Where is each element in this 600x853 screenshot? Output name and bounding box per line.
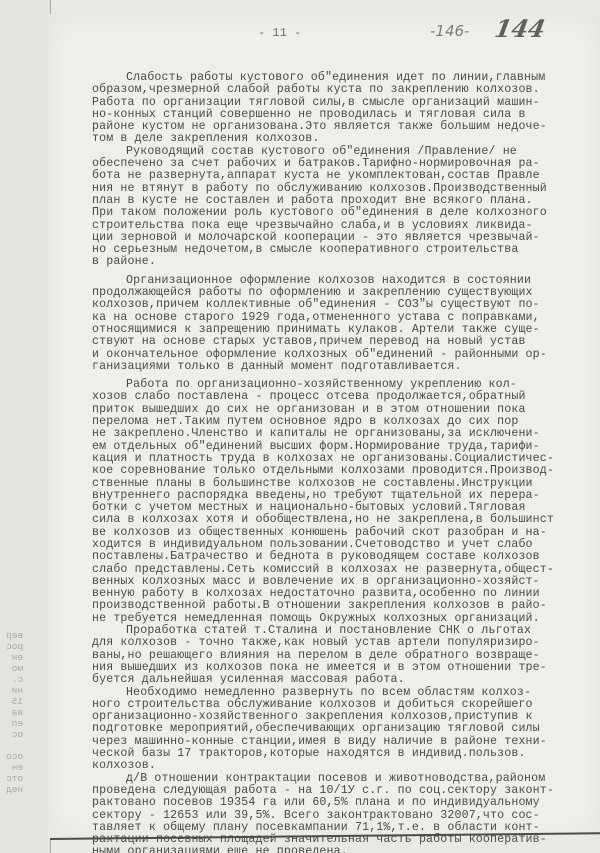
text-line: При таком положении роль кустового об"ед… — [92, 207, 582, 219]
text-line: ствуют на основе старых уставов,причем п… — [92, 336, 582, 348]
text-line: бота не развернута,аппарат куста не уком… — [92, 170, 582, 182]
paragraph: Необходимо немедленно развернуть по всем… — [92, 687, 582, 773]
text-line: ческой базы 17 тракторов,которые находят… — [92, 748, 582, 760]
text-line: подготовке мероприятий,обеспечивающих ор… — [92, 723, 582, 735]
archive-stamp-number: 144 — [492, 14, 547, 43]
text-line: том в деле закрепления колхозов. — [92, 133, 582, 145]
page-number: - 11 - — [258, 26, 301, 40]
text-line: не закреплено.Членство и капиталы не орг… — [92, 428, 582, 440]
paragraph: Руководящий состав кустового об"единения… — [92, 146, 582, 269]
text-line: поставлены.Батрачество и беднота в руков… — [92, 551, 582, 563]
text-line: но серьезным недочетом,в смысле кооперат… — [92, 244, 582, 256]
text-line: ственные планы в большинстве колхозов не… — [92, 478, 582, 490]
text-line: и окончательное оформление колхозных об"… — [92, 349, 582, 361]
text-line: ными организациями еще не проведена. — [92, 846, 582, 853]
text-line: колхозов. — [92, 760, 582, 772]
paragraph: Работа по организационно-хозяйственному … — [92, 379, 582, 625]
text-line: сила в колхозах хотя и обобществлена,но … — [92, 514, 582, 526]
paragraph: Организационное оформление колхозов нахо… — [92, 275, 582, 373]
archive-page-number: -146- — [430, 22, 469, 40]
text-line: хозов слабо поставлена - процесс отсева … — [92, 391, 582, 403]
document-body: Слабость работы кустового об"единения ид… — [92, 44, 582, 853]
text-line: кое соревнование только отдельными колхо… — [92, 465, 582, 477]
text-line: колхозов,причем коллективные об"единения… — [92, 299, 582, 311]
text-line: производственной работы.В отношении закр… — [92, 600, 582, 612]
text-line: буется дальнейшая усиленная массовая раб… — [92, 674, 582, 686]
paragraph: Проработка статей т.Сталина и постановле… — [92, 625, 582, 686]
text-line: Необходимо немедленно развернуть по всем… — [92, 687, 582, 699]
text-line: ганизациями только в данный момент подго… — [92, 361, 582, 373]
paragraph: д/В отношении контрактации посевов и жив… — [92, 773, 582, 853]
text-line: рактовано посевов 19354 га или 60,5% пла… — [92, 797, 582, 809]
text-line: для колхозов - точно также,как новый уст… — [92, 637, 582, 649]
text-line: в районе. — [92, 256, 582, 268]
text-line: образом,чрезмерной слабой работы куста п… — [92, 84, 582, 96]
text-line: строительства пока еще чрезвычайно слаба… — [92, 220, 582, 232]
underlying-page-edge: вер рос ен мо с. ни 15 ва еп ос осо ен о… — [0, 0, 51, 853]
text-line: сектору - 12653 или 39,5%. Всего законтр… — [92, 810, 582, 822]
margin-bleed-text: вер рос ен мо с. ни 15 ва еп ос осо ен о… — [6, 630, 23, 795]
paragraph: Слабость работы кустового об"единения ид… — [92, 72, 582, 146]
